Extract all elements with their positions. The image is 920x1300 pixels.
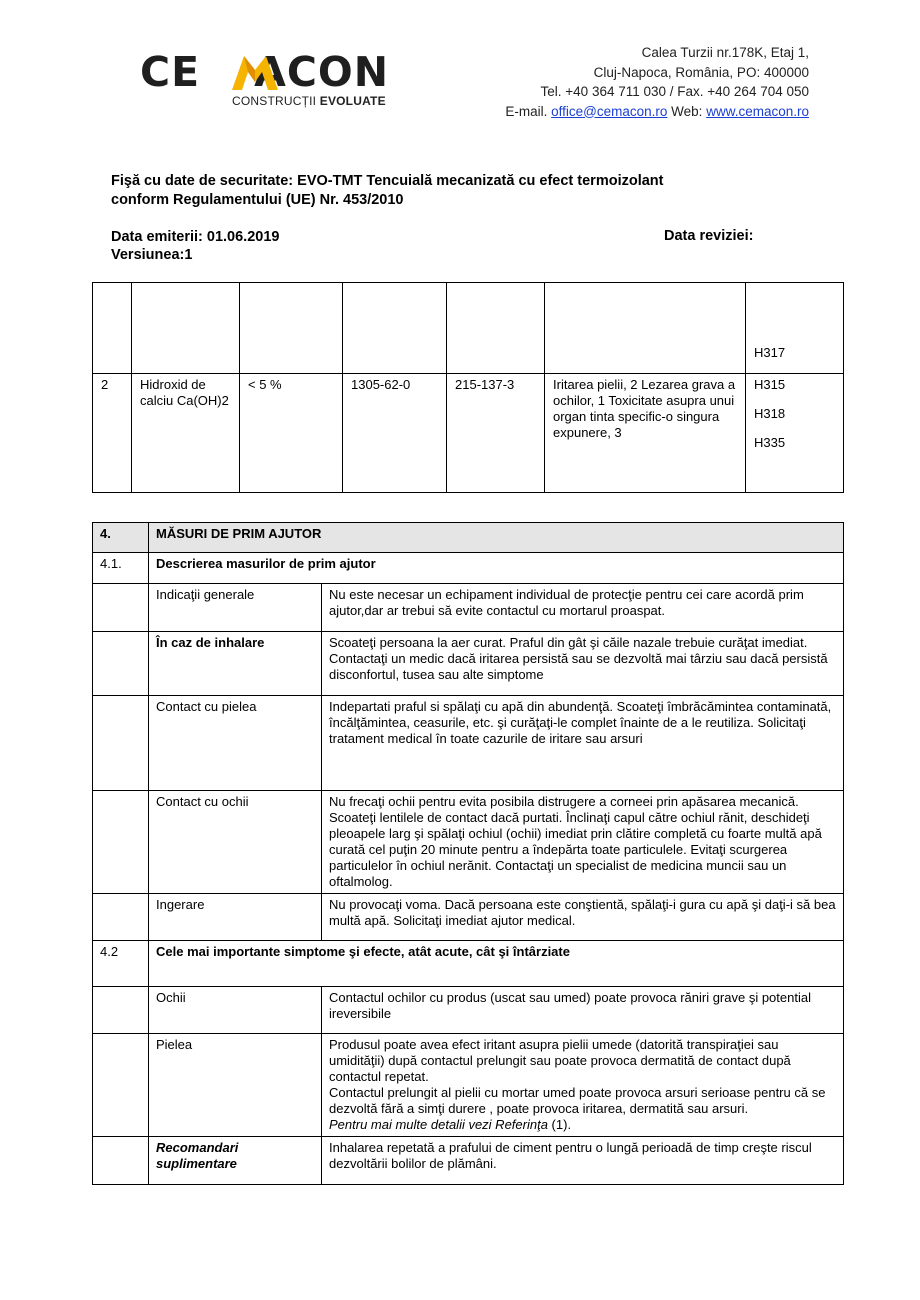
row-text: Nu frecaţi ochii pentru evita posibila d… <box>322 791 844 894</box>
cell-nr <box>93 283 132 374</box>
email-link[interactable]: office@cemacon.ro <box>551 104 667 119</box>
cell-cas: 1305-62-0 <box>343 374 447 493</box>
cell-classification: Iritarea pielii, 2 Lezarea grava a ochil… <box>545 374 746 493</box>
cell-h-statements: H315 H318 H335 <box>746 374 844 493</box>
row-label: Contact cu pielea <box>149 696 322 791</box>
section-number: 4. <box>93 523 149 553</box>
cell-concentration: < 5 % <box>240 374 343 493</box>
row-text: Nu este necesar un echipament individual… <box>322 584 844 632</box>
address-line: Calea Turzii nr.178K, Etaj 1, <box>505 43 809 63</box>
table-row: H317 <box>93 283 844 374</box>
row-text: Scoateţi persoana la aer curat. Praful d… <box>322 632 844 696</box>
row-label: În caz de inhalare <box>149 632 322 696</box>
company-address: Calea Turzii nr.178K, Etaj 1, Cluj-Napoc… <box>505 43 809 121</box>
row-text: Inhalarea repetată a prafului de ciment … <box>322 1137 844 1185</box>
subsection-number: 4.1. <box>93 553 149 584</box>
website-link[interactable]: www.cemacon.ro <box>706 104 809 119</box>
row-text: Contactul ochilor cu produs (uscat sau u… <box>322 987 844 1034</box>
table-row: Ochii Contactul ochilor cu produs (uscat… <box>93 987 844 1034</box>
issue-date: Data emiterii: 01.06.2019 <box>111 228 279 246</box>
cell-classification <box>545 283 746 374</box>
table-row: Pielea Produsul poate avea efect iritant… <box>93 1034 844 1137</box>
subsection-number: 4.2 <box>93 941 149 987</box>
cell-concentration <box>240 283 343 374</box>
row-label: Recomandari suplimentare <box>149 1137 322 1185</box>
table-row: Contact cu ochii Nu frecaţi ochii pentru… <box>93 791 844 894</box>
row-label: Indicaţii generale <box>149 584 322 632</box>
version: Versiunea:1 <box>111 246 279 264</box>
row-label: Pielea <box>149 1034 322 1137</box>
row-text: Produsul poate avea efect iritant asupra… <box>322 1034 844 1137</box>
table-row: Contact cu pielea Indepartati praful si … <box>93 696 844 791</box>
subsection-row: 4.1. Descrierea masurilor de prim ajutor <box>93 553 844 584</box>
row-label: Contact cu ochii <box>149 791 322 894</box>
cell-ec: 215-137-3 <box>447 374 545 493</box>
table-row: Indicaţii generale Nu este necesar un ec… <box>93 584 844 632</box>
composition-table: H317 2 Hidroxid de calciu Ca(OH)2 < 5 % … <box>92 282 844 493</box>
row-label: Ochii <box>149 987 322 1034</box>
first-aid-table: 4. MĂSURI DE PRIM AJUTOR 4.1. Descrierea… <box>92 522 844 1185</box>
company-logo: CEACON CONSTRUCȚII EVOLUATE <box>140 52 390 112</box>
cell-nr: 2 <box>93 374 132 493</box>
table-row: În caz de inhalare Scoateţi persoana la … <box>93 632 844 696</box>
logo-m-icon <box>230 56 280 90</box>
row-text: Indepartati praful si spălaţi cu apă din… <box>322 696 844 791</box>
revision-date: Data reviziei: <box>664 228 753 244</box>
section-header-row: 4. MĂSURI DE PRIM AJUTOR <box>93 523 844 553</box>
section-title: MĂSURI DE PRIM AJUTOR <box>149 523 844 553</box>
row-label: Ingerare <box>149 894 322 941</box>
cell-name: Hidroxid de calciu Ca(OH)2 <box>132 374 240 493</box>
table-row: 2 Hidroxid de calciu Ca(OH)2 < 5 % 1305-… <box>93 374 844 493</box>
cell-name <box>132 283 240 374</box>
table-row: Ingerare Nu provocaţi voma. Dacă persoan… <box>93 894 844 941</box>
table-row: Recomandari suplimentare Inhalarea repet… <box>93 1137 844 1185</box>
document-title: Fişă cu date de securitate: EVO-TMT Tenc… <box>111 172 664 210</box>
address-city: Cluj-Napoca, România, PO: 400000 <box>505 63 809 83</box>
cell-h-statements: H317 <box>746 283 844 374</box>
cell-ec <box>447 283 545 374</box>
issue-info: Data emiterii: 01.06.2019 Versiunea:1 <box>111 228 279 264</box>
row-text: Nu provocaţi voma. Dacă persoana este co… <box>322 894 844 941</box>
cell-cas <box>343 283 447 374</box>
subsection-title: Cele mai importante simptome şi efecte, … <box>149 941 844 987</box>
address-phone: Tel. +40 364 711 030 / Fax. +40 264 704 … <box>505 82 809 102</box>
address-contact: E-mail. office@cemacon.ro Web: www.cemac… <box>505 102 809 122</box>
logo-tagline: CONSTRUCȚII EVOLUATE <box>232 94 386 108</box>
subsection-row: 4.2 Cele mai importante simptome şi efec… <box>93 941 844 987</box>
subsection-title: Descrierea masurilor de prim ajutor <box>149 553 844 584</box>
